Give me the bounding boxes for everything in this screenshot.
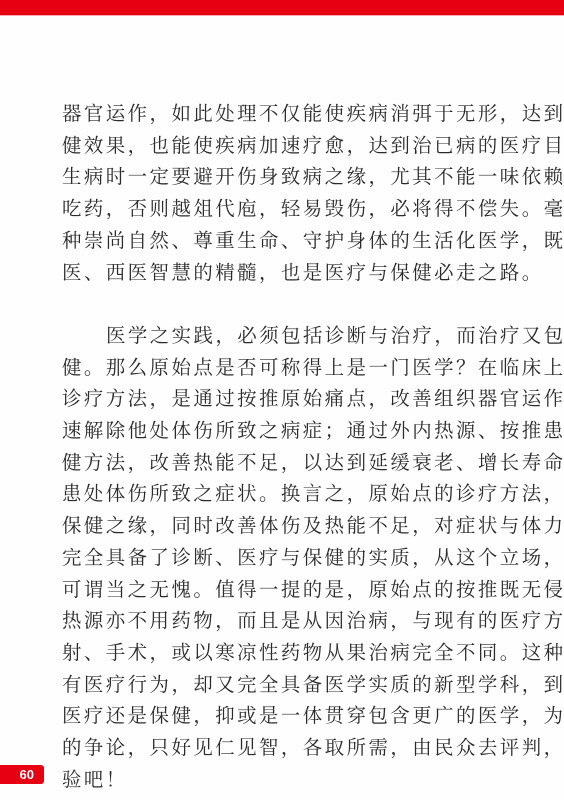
text-line: 可谓当之无愧。值得一提的是，原始点的按推既无侵入性，外内 bbox=[62, 574, 504, 606]
paragraph-2: 医学之实践，必须包括诊断与治疗，而治疗又包括医疗与保 健。那么原始点是否可称得上… bbox=[62, 320, 504, 796]
header-accent-edge bbox=[0, 15, 564, 16]
text-line: 完全具备了诊断、医疗与保健的实质，从这个立场，称其为医学， bbox=[62, 542, 504, 574]
text-line: 健效果，也能使疾病加速疗愈，达到治已病的医疗目的。此外， bbox=[62, 130, 504, 162]
page-number-badge: 60 bbox=[0, 765, 44, 784]
text-line: 射、手术，或以寒凉性药物从果治病完全不同。这种生活化且没 bbox=[62, 637, 504, 669]
text-line: 医学之实践，必须包括诊断与治疗，而治疗又包括医疗与保 bbox=[62, 320, 504, 352]
text-line: 医疗还是保健，抑或是一体贯穿包含更广的医学，为了避免无谓 bbox=[62, 700, 504, 732]
text-line: 器官运作，如此处理不仅能使疾病消弭于无形，达到治未病的保 bbox=[62, 98, 504, 130]
text-line: 的争论，只好见仁见智，各取所需，由民众去评判，让时间来检 bbox=[62, 732, 504, 764]
text-line: 保健之缘，同时改善体伤及热能不足，对症状与体力是兼治的， bbox=[62, 510, 504, 542]
text-line: 生病时一定要避开伤身致病之缘，尤其不能一味依赖手术、打针、 bbox=[62, 161, 504, 193]
text-line: 吃药，否则越俎代庖，轻易毁伤，必将得不偿失。毫无疑义，这 bbox=[62, 193, 504, 225]
body-text: 器官运作，如此处理不仅能使疾病消弭于无形，达到治未病的保 健效果，也能使疾病加速… bbox=[62, 98, 504, 795]
text-line: 验吧！ bbox=[62, 764, 504, 796]
text-line: 健。那么原始点是否可称得上是一门医学？在临床上，原始点的 bbox=[62, 352, 504, 384]
text-line: 医、西医智慧的精髓，也是医疗与保健必走之路。 bbox=[62, 257, 504, 289]
text-line: 患处体伤所致之症状。换言之，原始点的诊疗方法，是通过医疗 bbox=[62, 478, 504, 510]
paragraph-1: 器官运作，如此处理不仅能使疾病消弭于无形，达到治未病的保 健效果，也能使疾病加速… bbox=[62, 98, 504, 288]
text-line: 诊疗方法，是通过按推原始痛点，改善组织器官运作，以达到快 bbox=[62, 383, 504, 415]
text-line: 热源亦不用药物，而且是从因治病，与现有的医疗方法，或以注 bbox=[62, 605, 504, 637]
text-line: 种崇尚自然、尊重生命、守护身体的生活化医学，既合乎古典中 bbox=[62, 225, 504, 257]
text-line: 速解除他处体伤所致之病症；通过外内热源、按推患处及其他保 bbox=[62, 415, 504, 447]
header-accent-bar bbox=[0, 0, 564, 15]
text-line: 健方法，改善热能不足，以达到延缓衰老、增长寿命及自我疗愈 bbox=[62, 447, 504, 479]
text-line: 有医疗行为，却又完全具备医学实质的新型学科，到底该归属于 bbox=[62, 669, 504, 701]
